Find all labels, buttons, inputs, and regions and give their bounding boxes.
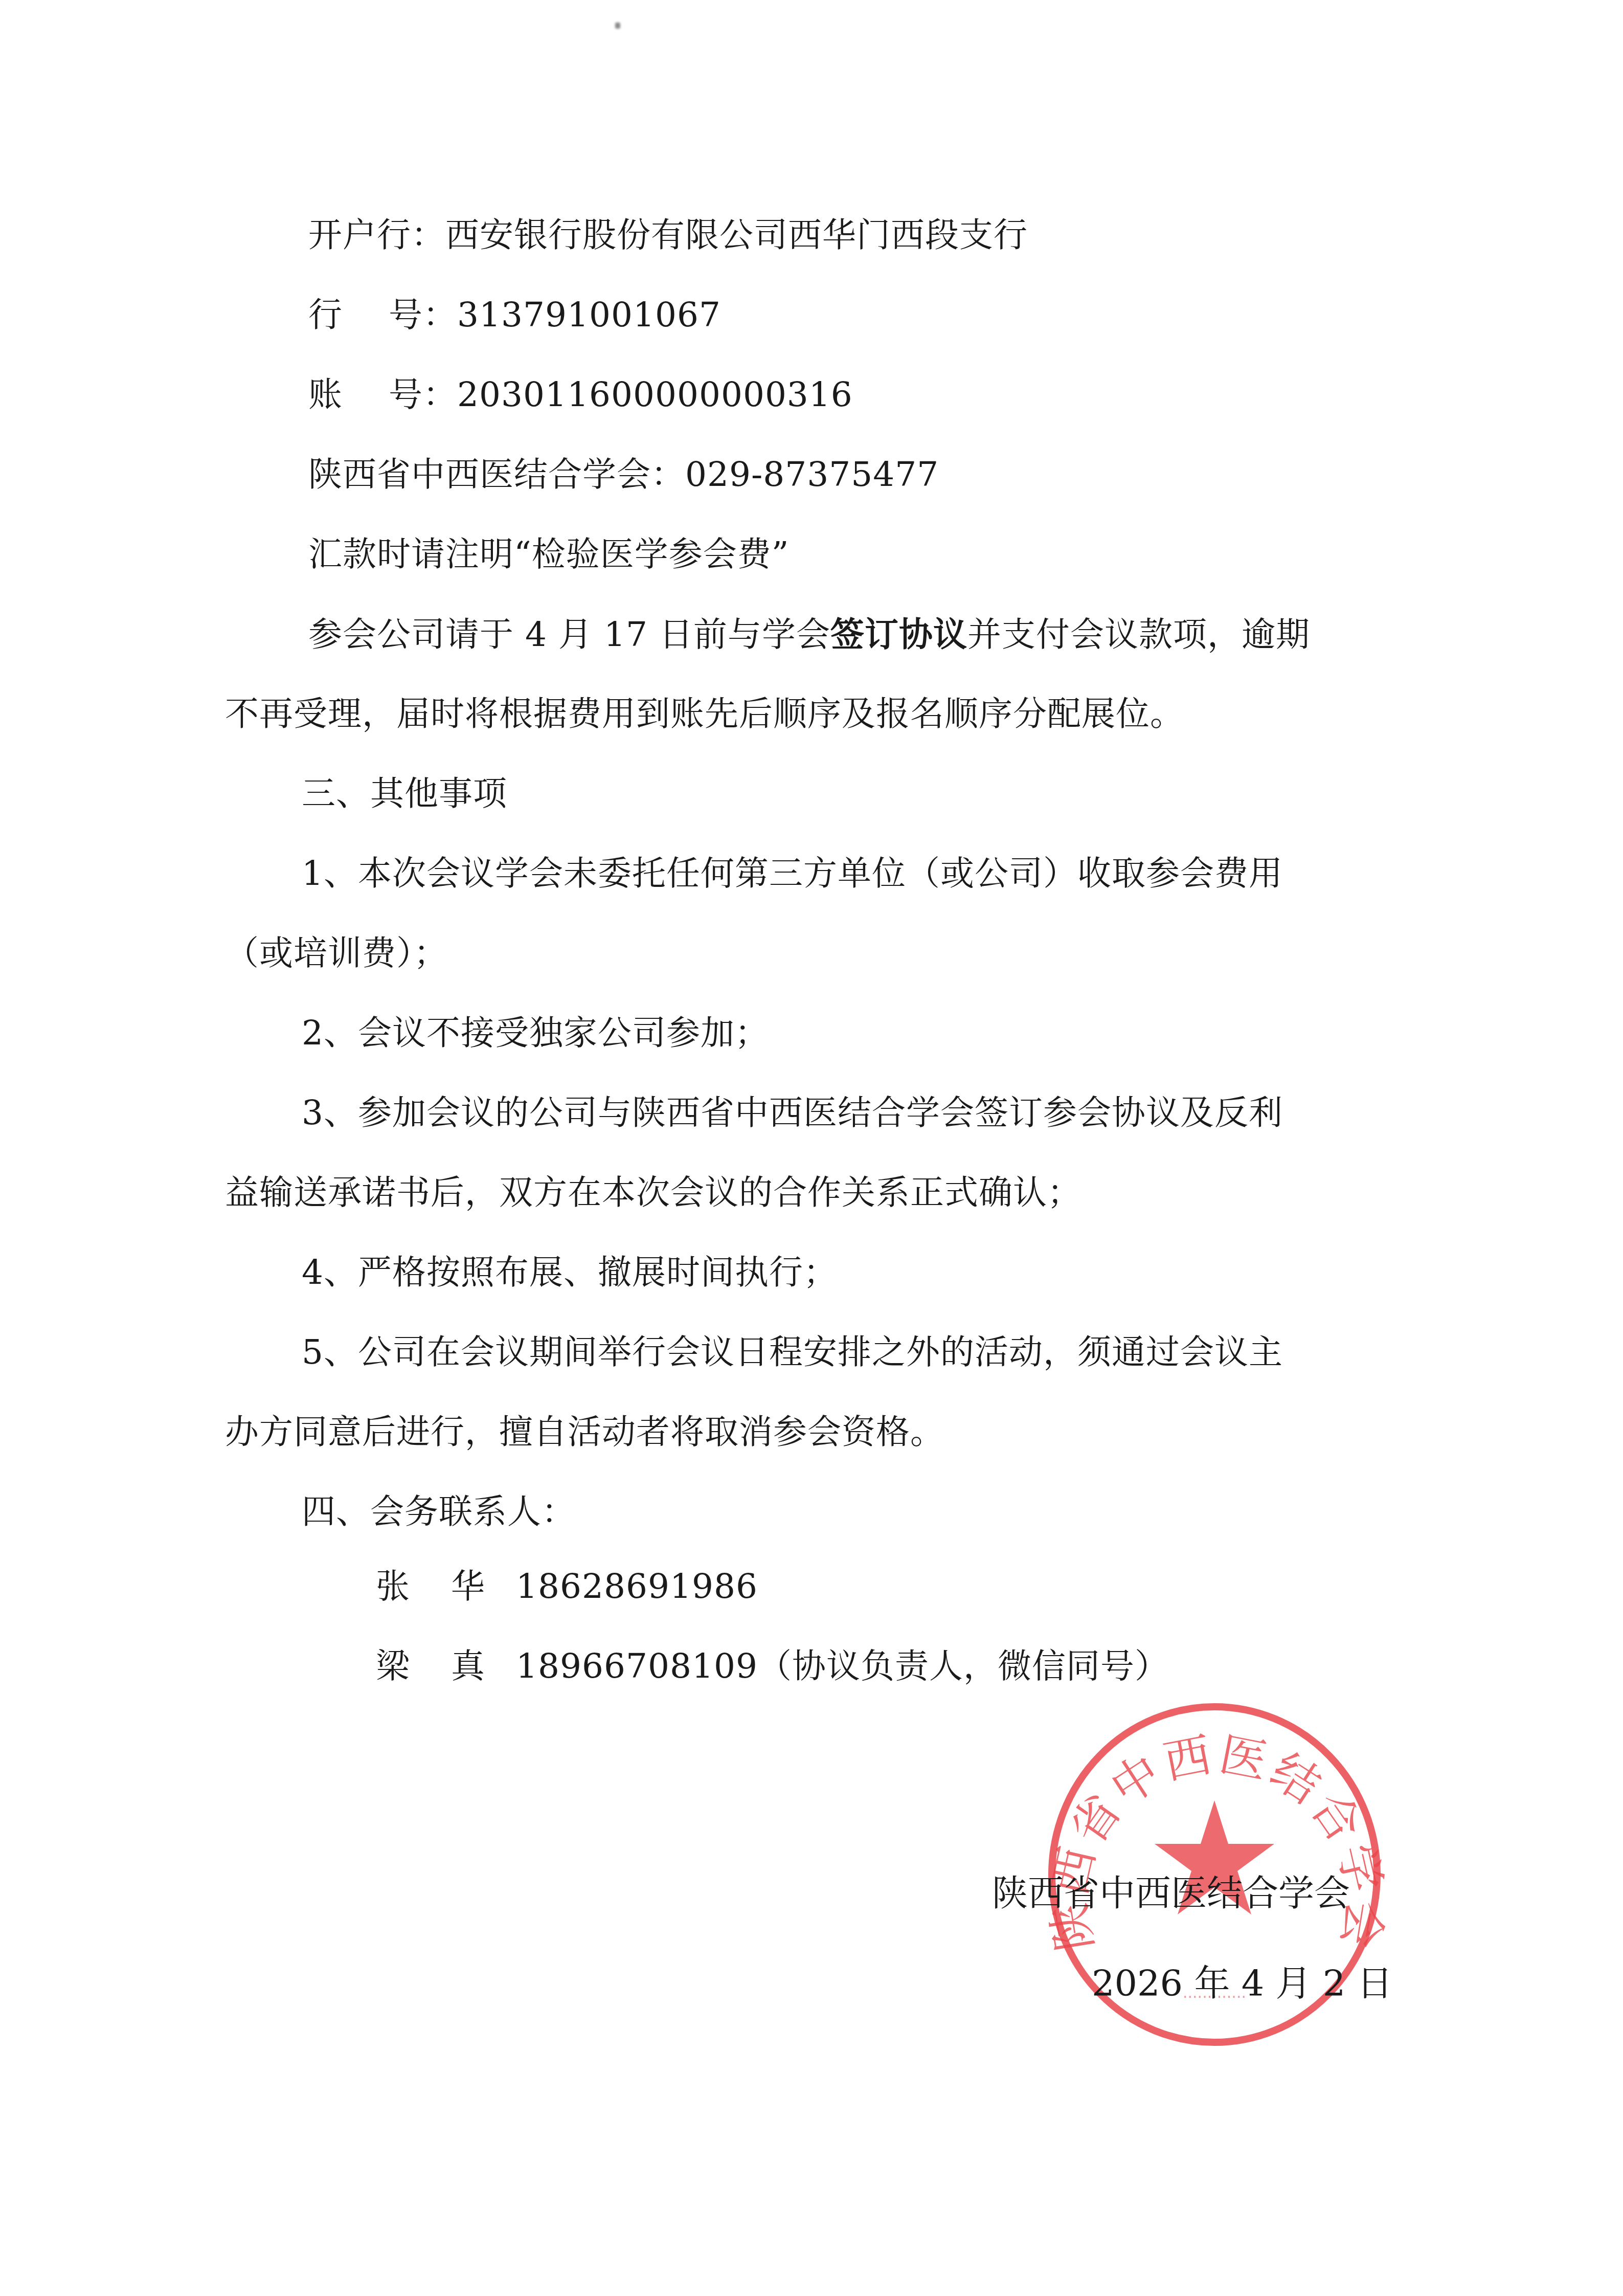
item-4-line-1: 4、严格按照布展、撤展时间执行； xyxy=(302,1252,838,1293)
item-5-line-1: 5、公司在会议期间举行会议日程安排之外的活动，须通过会议主 xyxy=(302,1332,1283,1373)
contact-note: （协议负责人，微信同号） xyxy=(758,1646,1169,1686)
contact-name-char-1: 张 xyxy=(376,1567,410,1606)
item-2-line-1: 2、会议不接受独家公司参加； xyxy=(302,1013,769,1054)
deadline-text-2: 并支付会议款项，逾期 xyxy=(967,615,1310,654)
signature-organization-text: 陕西省中西医结合学会 xyxy=(992,1873,1350,1914)
item-5-line-2: 办方同意后进行，擅自活动者将取消参会资格。 xyxy=(225,1412,944,1453)
bank-name-line: 开户行：西安银行股份有限公司西华门西段支行 xyxy=(308,215,1028,256)
bank-label: 开户行： xyxy=(308,215,445,255)
document-page: 开户行：西安银行股份有限公司西华门西段支行 行号：313791001067 账号… xyxy=(0,0,1623,2296)
bank-value: 西安银行股份有限公司西华门西段支行 xyxy=(445,215,1028,255)
deadline-text-1: 参会公司请于 4 月 17 日前与学会 xyxy=(308,615,830,654)
deadline-bold-text: 签订协议 xyxy=(830,614,967,654)
item-4-text: 4、严格按照布展、撤展时间执行； xyxy=(302,1253,838,1292)
signature-organization: 陕西省中西医结合学会 xyxy=(992,1872,1350,1915)
item-1-text: 1、本次会议学会未委托任何第三方单位（或公司）收取参会费用 xyxy=(302,854,1283,893)
section-three-heading-text: 三、其他事项 xyxy=(302,774,507,813)
contact-row: 梁真18966708109（协议负责人，微信同号） xyxy=(376,1646,1169,1687)
item-1-line-1: 1、本次会议学会未委托任何第三方单位（或公司）收取参会费用 xyxy=(302,853,1283,894)
bank-code-label-1: 行 xyxy=(308,295,343,336)
contact-name-char-1: 梁 xyxy=(376,1646,410,1686)
section-four-heading-text: 四、会务联系人： xyxy=(302,1492,576,1531)
section-four-heading: 四、会务联系人： xyxy=(302,1491,576,1532)
signature-date: 2026 年 4 月 2 日 xyxy=(1092,1962,1392,2005)
remit-note-text: 汇款时请注明“检验医学参会费” xyxy=(308,534,789,574)
bank-code-line: 行号：313791001067 xyxy=(308,295,721,336)
item-2-text: 2、会议不接受独家公司参加； xyxy=(302,1013,769,1053)
phone-value: 029-87375477 xyxy=(685,455,939,494)
item-3-text: 3、参加会议的公司与陕西省中西医结合学会签订参会协议及反利 xyxy=(302,1093,1283,1132)
remit-note: 汇款时请注明“检验医学参会费” xyxy=(308,534,789,575)
account-value: 203011600000000316 xyxy=(457,375,853,414)
item-5-text-cont: 办方同意后进行，擅自活动者将取消参会资格。 xyxy=(225,1412,944,1452)
deadline-paragraph-line-1: 参会公司请于 4 月 17 日前与学会签订协议并支付会议款项，逾期 xyxy=(308,614,1310,655)
account-label-1: 账 xyxy=(308,374,343,415)
account-label-2: 号： xyxy=(389,375,457,414)
section-three-heading: 三、其他事项 xyxy=(302,773,507,814)
item-3-line-1: 3、参加会议的公司与陕西省中西医结合学会签订参会协议及反利 xyxy=(302,1093,1283,1133)
item-1-text-cont: （或培训费）； xyxy=(225,933,448,973)
scan-artifact xyxy=(615,23,620,29)
contact-row: 张华18628691986 xyxy=(376,1566,758,1607)
phone-line: 陕西省中西医结合学会：029-87375477 xyxy=(308,454,939,495)
bank-code-value: 313791001067 xyxy=(457,295,721,335)
deadline-paragraph-line-2: 不再受理，届时将根据费用到账先后顺序及报名顺序分配展位。 xyxy=(225,694,1184,734)
contact-name-char-2: 华 xyxy=(451,1567,485,1606)
account-line: 账号：203011600000000316 xyxy=(308,374,853,415)
item-1-line-2: （或培训费）； xyxy=(225,933,448,974)
deadline-text-3: 不再受理，届时将根据费用到账先后顺序及报名顺序分配展位。 xyxy=(225,694,1184,733)
bank-code-label-2: 号： xyxy=(389,295,457,335)
contact-phone: 18628691986 xyxy=(516,1567,758,1606)
item-3-text-cont: 益输送承诺书后，双方在本次会议的合作关系正式确认； xyxy=(225,1173,1081,1212)
item-3-line-2: 益输送承诺书后，双方在本次会议的合作关系正式确认； xyxy=(225,1172,1081,1213)
contact-name-char-2: 真 xyxy=(451,1646,485,1686)
item-5-text: 5、公司在会议期间举行会议日程安排之外的活动，须通过会议主 xyxy=(302,1332,1283,1372)
contact-phone: 18966708109 xyxy=(516,1646,758,1686)
signature-date-text: 2026 年 4 月 2 日 xyxy=(1092,1963,1392,2004)
phone-label: 陕西省中西医结合学会： xyxy=(308,455,685,494)
